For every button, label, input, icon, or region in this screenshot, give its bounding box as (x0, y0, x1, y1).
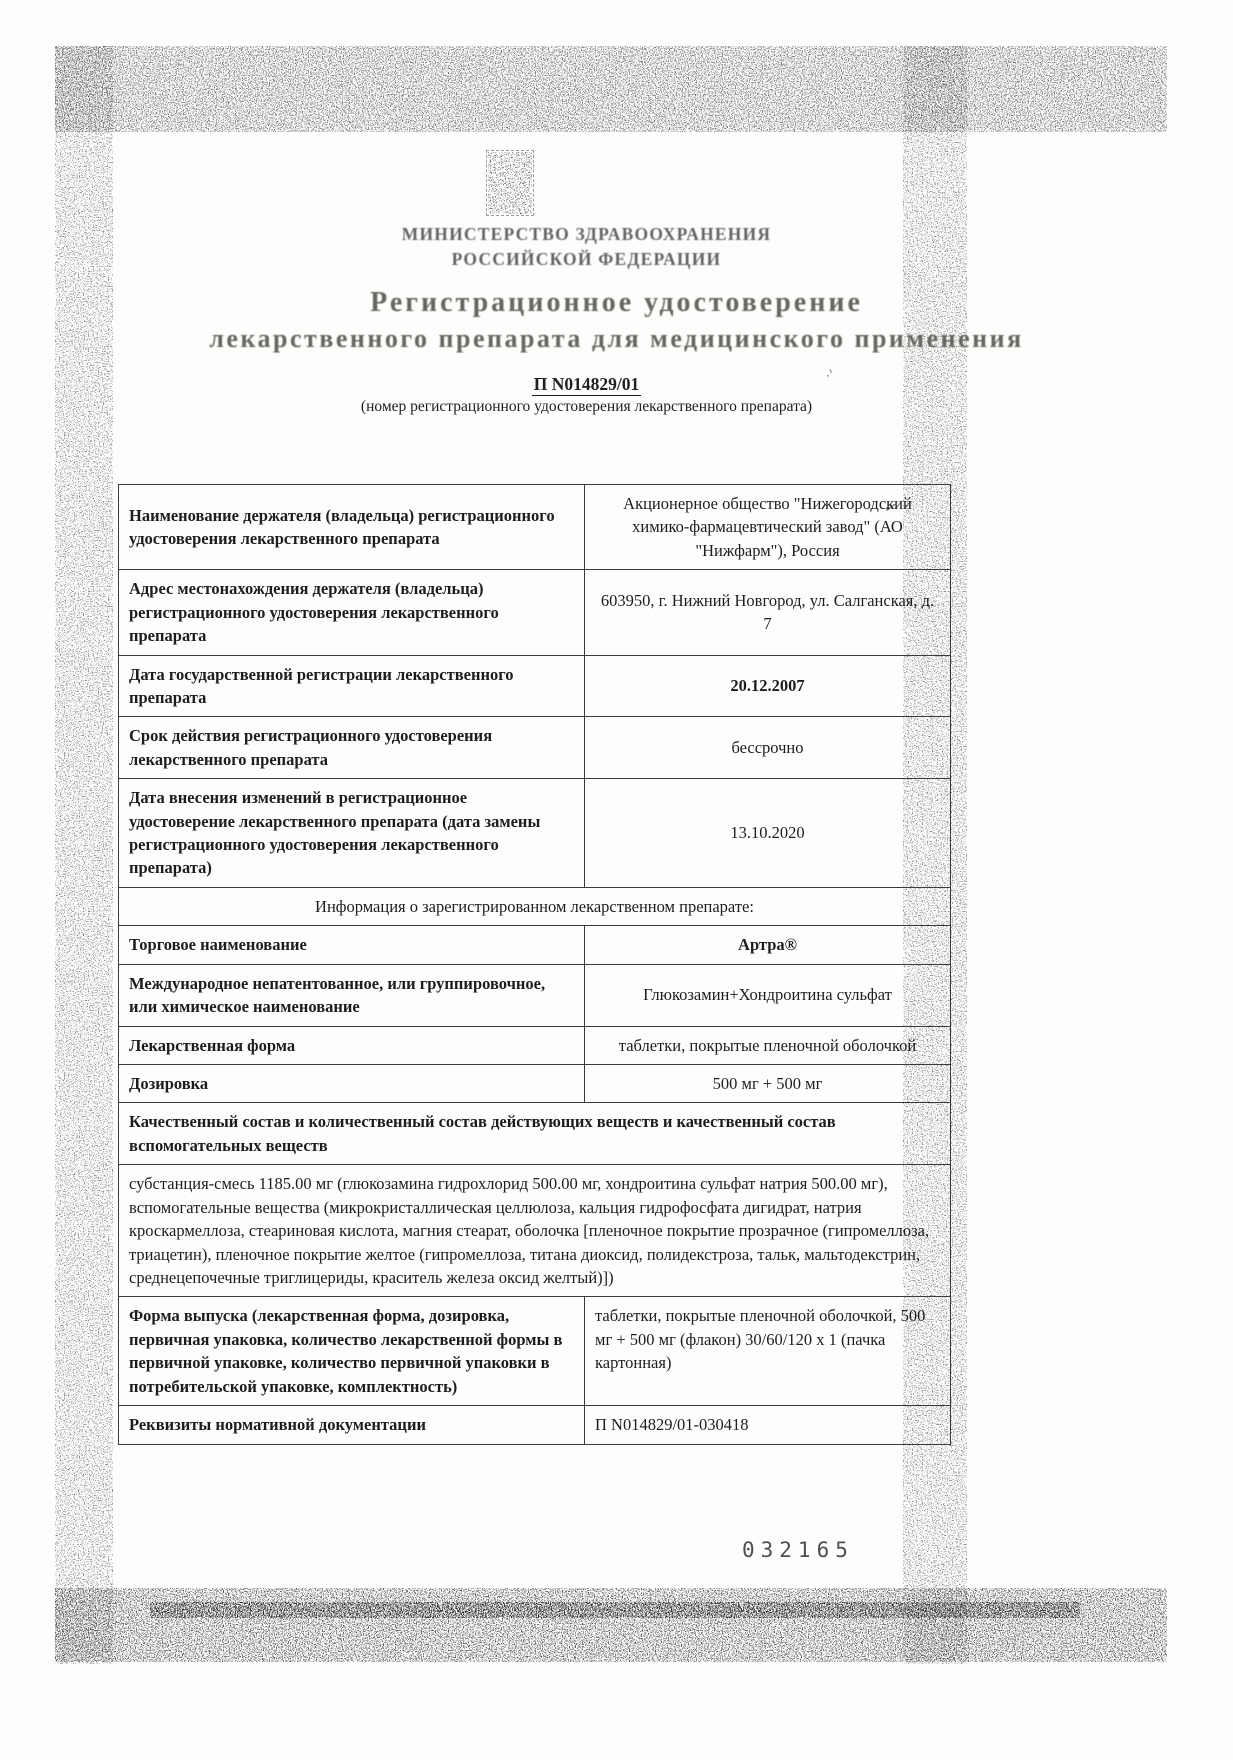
coat-of-arms-emblem (486, 150, 534, 216)
field-label: Торговое наименование (119, 926, 585, 964)
field-value: таблетки, покрытые пленочной оболочкой, … (585, 1297, 951, 1406)
scanned-certificate-page: МИНИСТЕРСТВО ЗДРАВООХРАНЕНИЯ РОССИЙСКОЙ … (0, 0, 1233, 1760)
certificate-table: Наименование держателя (владельца) регис… (118, 484, 951, 1445)
ministry-line-1: МИНИСТЕРСТВО ЗДРАВООХРАНЕНИЯ (0, 222, 1173, 247)
field-label: Лекарственная форма (119, 1026, 585, 1064)
field-value: таблетки, покрытые пленочной оболочкой (585, 1026, 951, 1064)
table-row-quality-heading: Качественный состав и количественный сос… (119, 1103, 951, 1165)
field-value: Акционерное общество "Нижегородский хими… (585, 485, 951, 570)
field-label: Адрес местонахождения держателя (владель… (119, 570, 585, 655)
document-title-line-1: Регистрационное удостоверение (0, 286, 1233, 320)
field-label: Дозировка (119, 1065, 585, 1103)
registration-number: П N014829/01 (0, 374, 1173, 395)
field-value: 13.10.2020 (585, 779, 951, 888)
field-label: Дата государственной регистрации лекарст… (119, 655, 585, 717)
table-row: Международное непатентованное, или групп… (119, 964, 951, 1026)
document-title: Регистрационное удостоверение лекарствен… (0, 286, 1233, 357)
table-row-composition: субстанция-смесь 1185.00 мг (глюкозамина… (119, 1165, 951, 1297)
field-value: 20.12.2007 (585, 655, 951, 717)
table-row: Дозировка 500 мг + 500 мг (119, 1065, 951, 1103)
field-value: 603950, г. Нижний Новгород, ул. Салганск… (585, 570, 951, 655)
field-label: Дата внесения изменений в регистрационно… (119, 779, 585, 888)
field-label: Форма выпуска (лекарственная форма, дози… (119, 1297, 585, 1406)
table-row: Наименование держателя (владельца) регис… (119, 485, 951, 570)
table-row: Лекарственная форма таблетки, покрытые п… (119, 1026, 951, 1064)
table-row: Реквизиты нормативной документации П N01… (119, 1406, 951, 1444)
field-value: 500 мг + 500 мг (585, 1065, 951, 1103)
table-row: Адрес местонахождения держателя (владель… (119, 570, 951, 655)
table-row: Срок действия регистрационного удостовер… (119, 717, 951, 779)
field-value: Артра® (585, 926, 951, 964)
field-label: Реквизиты нормативной документации (119, 1406, 585, 1444)
field-value: бессрочно (585, 717, 951, 779)
field-value: П N014829/01-030418 (585, 1406, 951, 1444)
registration-number-caption: (номер регистрационного удостоверения ле… (0, 398, 1173, 416)
composition-text: субстанция-смесь 1185.00 мг (глюкозамина… (119, 1165, 951, 1297)
table-row: Дата государственной регистрации лекарст… (119, 655, 951, 717)
table-row: Дата внесения изменений в регистрационно… (119, 779, 951, 888)
table-row: Форма выпуска (лекарственная форма, дози… (119, 1297, 951, 1406)
field-label: Международное непатентованное, или групп… (119, 964, 585, 1026)
table-row-info: Информация о зарегистрированном лекарств… (119, 887, 951, 925)
table-row: Торговое наименование Артра® (119, 926, 951, 964)
document-title-line-2: лекарственного препарата для медицинског… (0, 320, 1233, 358)
field-value: Глюкозамин+Хондроитина сульфат (585, 964, 951, 1026)
ministry-header: МИНИСТЕРСТВО ЗДРАВООХРАНЕНИЯ РОССИЙСКОЙ … (0, 222, 1173, 273)
ministry-line-2: РОССИЙСКОЙ ФЕДЕРАЦИИ (0, 247, 1173, 272)
info-row: Информация о зарегистрированном лекарств… (119, 887, 951, 925)
field-label: Наименование держателя (владельца) регис… (119, 485, 585, 570)
quality-heading: Качественный состав и количественный сос… (119, 1103, 951, 1165)
serial-number-stamp: 032165 (742, 1538, 854, 1562)
field-label: Срок действия регистрационного удостовер… (119, 717, 585, 779)
